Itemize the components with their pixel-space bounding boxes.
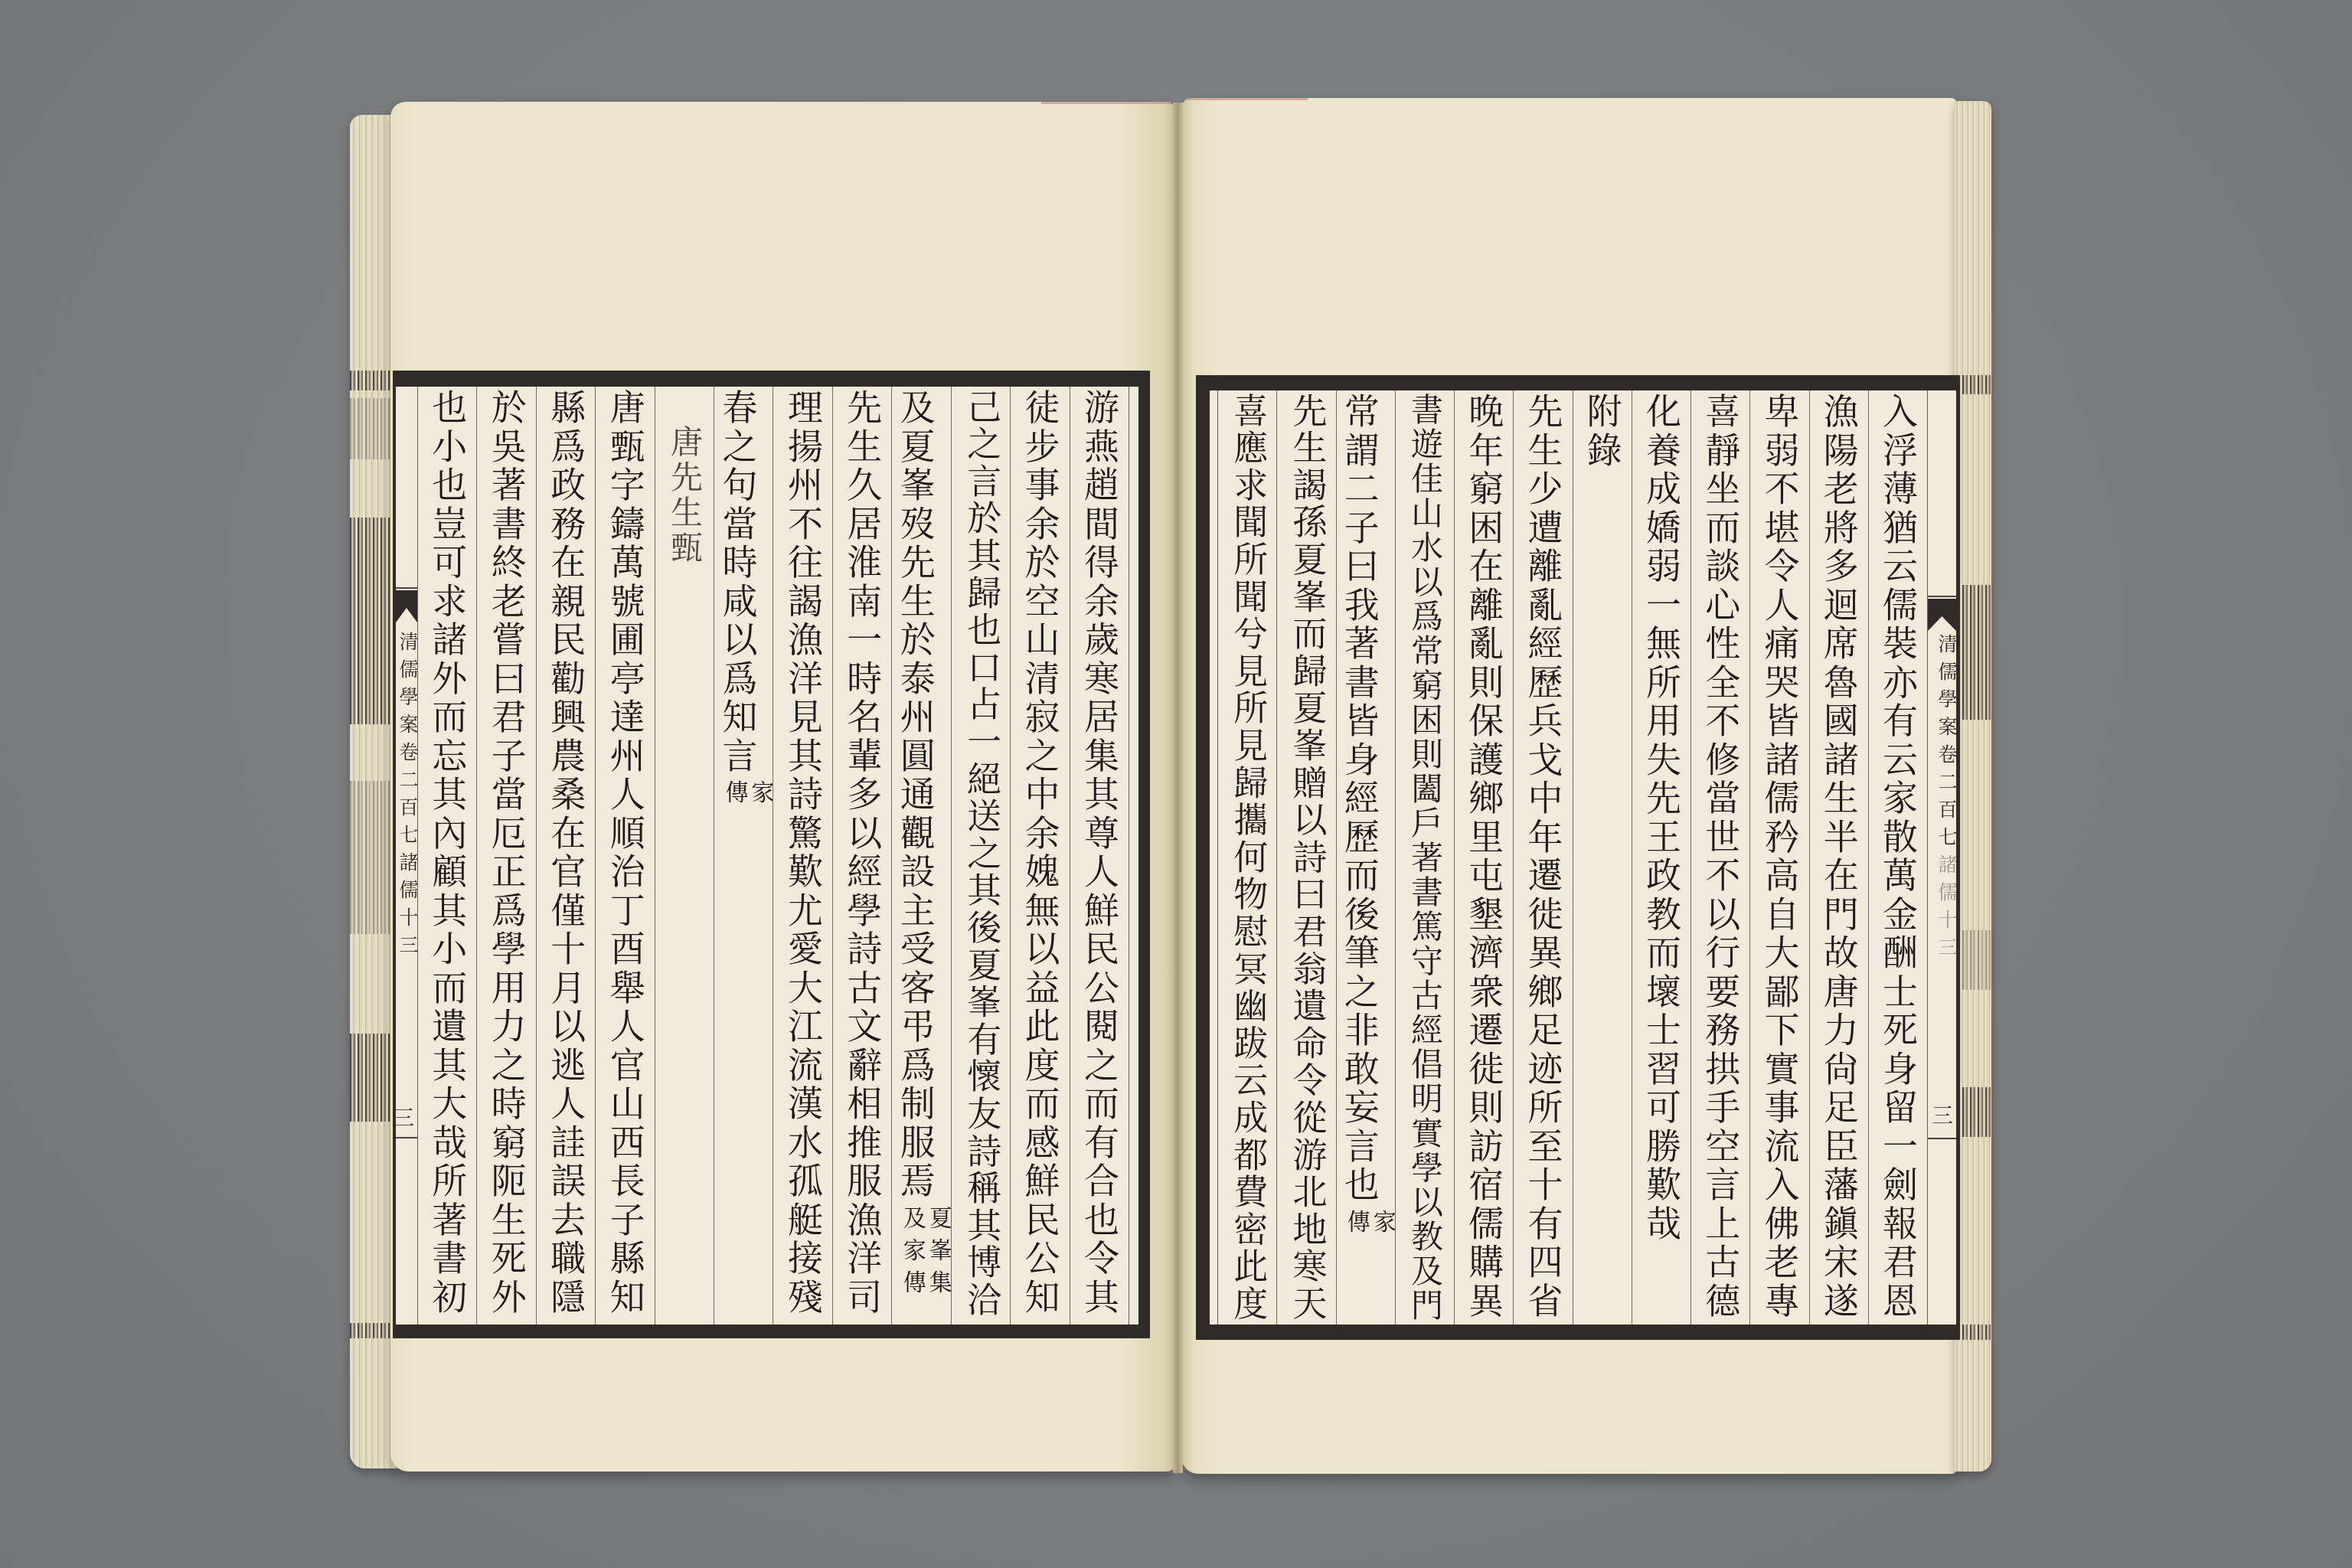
column-text: 唐甄字鑄萬號圃亭達州人順治丁酉舉人官山西長子縣知 <box>605 389 646 1317</box>
banxin-title: 清儒學案卷二百七諸儒十三 <box>1928 634 1956 965</box>
column-text: 己之言於其歸也口占一絕送之其後夏峯有懷友詩稱其博洽 <box>961 389 1001 1319</box>
red-top-edge <box>1041 102 1171 104</box>
text-columns: 入浮薄猶云儒裝亦有云家散萬金酬士死身留一劍報君恩 漁陽老將多迴席魯國諸生半在門故… <box>1217 390 1928 1325</box>
gutter-fold <box>1173 103 1183 1473</box>
column-text: 理揚州不往謁漁洋見其詩驚歎尤愛大江流漢水孤艇接殘 <box>782 389 824 1317</box>
banxin-rule <box>396 587 417 589</box>
fishtail-ornament <box>396 590 417 622</box>
banxin-margin: 清儒學案卷二百七諸儒十三 三 <box>396 387 417 1325</box>
column-text: 徒步事余於空山清寂之中余媿無以益此度而感鮮民公知 <box>1020 389 1061 1317</box>
stack-ink-band <box>1955 375 1991 394</box>
text-column: 漁陽老將多迴席魯國諸生半在門故唐力尙足臣藩鎭宋遂 <box>1809 390 1868 1325</box>
left-page-text-frame: 清儒學案卷二百七諸儒十三 三 游燕趙間得余歲寒居集其尊人鮮民公閱之而有合也令其 … <box>393 371 1150 1338</box>
heading-column: 唐先生甄 <box>655 387 714 1325</box>
column-text: 也小也豈可求諸外而忘其內顧其小而遺其大哉所著書初 <box>426 389 468 1317</box>
section-heading: 唐先生甄 <box>666 425 704 566</box>
interlinear-note: 夏峯集及家傳 <box>899 1206 951 1302</box>
frame-border-left <box>1196 375 1210 1340</box>
text-column: 徒步事余於空山清寂之中余媿無以益此度而感鮮民公知 <box>1010 387 1069 1325</box>
column-text: 漁陽老將多迴席魯國諸生半在門故唐力尙足臣藩鎭宋遂 <box>1818 393 1860 1321</box>
section-heading: 附錄 <box>1582 393 1623 470</box>
column-text: 春之句當時咸以爲知言 <box>717 389 758 776</box>
column-text: 先生少遭離亂經歷兵戈中年遷徙異鄉足迹所至十有四省 <box>1523 393 1564 1321</box>
right-page-text-frame: 入浮薄猶云儒裝亦有云家散萬金酬士死身留一劍報君恩 漁陽老將多迴席魯國諸生半在門故… <box>1196 375 1960 1340</box>
text-column: 游燕趙間得余歲寒居集其尊人鮮民公閱之而有合也令其 <box>1070 387 1129 1325</box>
banxin-title: 清儒學案卷二百七諸儒十三 <box>396 632 417 962</box>
stack-ink-band <box>1955 930 1991 990</box>
page-number: 三 <box>396 1106 417 1128</box>
text-columns: 游燕趙間得余歲寒居集其尊人鮮民公閱之而有合也令其 徒步事余於空山清寂之中余媿無以… <box>417 387 1129 1325</box>
note-line: 夏峯集 <box>925 1206 951 1302</box>
fishtail-ornament <box>1928 599 1956 631</box>
banxin-rule <box>1928 596 1956 597</box>
banxin-rule <box>396 1137 417 1138</box>
frame-border-bottom <box>1196 1325 1960 1340</box>
text-column: 縣爲政務在親民勸興農桑在官僅十月以逃人詿誤去職隱 <box>536 387 595 1325</box>
banxin-margin: 清儒學案卷二百七諸儒十三 三 <box>1928 390 1956 1325</box>
column-text: 卑弱不堪令人痛哭皆諸儒矜高自大鄙下實事流入佛老專 <box>1759 393 1801 1321</box>
text-column: 卑弱不堪令人痛哭皆諸儒矜高自大鄙下實事流入佛老專 <box>1749 390 1808 1325</box>
text-column: 己之言於其歸也口占一絕送之其後夏峯有懷友詩稱其博洽 <box>951 387 1010 1325</box>
text-column: 化養成嬌弱一無所用失先王政教而壞士習可勝歎哉 <box>1632 390 1690 1325</box>
interlinear-note: 家傳 <box>1343 1210 1395 1242</box>
text-column: 喜應求聞所聞兮見所見歸攜何物慰冥幽跋云成都費密此度 <box>1218 390 1276 1325</box>
text-column: 也小也豈可求諸外而忘其內顧其小而遺其大哉所著書初 <box>418 387 476 1325</box>
text-column: 唐甄字鑄萬號圃亭達州人順治丁酉舉人官山西長子縣知 <box>595 387 654 1325</box>
text-column: 春之句當時咸以爲知言家傳 <box>714 387 773 1325</box>
column-text: 先生久居淮南一時名輩多以經學詩古文辭相推服漁洋司 <box>841 389 883 1317</box>
frame-border-top <box>1196 375 1960 390</box>
note-line: 家 <box>1369 1210 1395 1242</box>
right-page-stack-edge <box>1955 101 1991 1472</box>
frame-border-bottom <box>393 1325 1150 1338</box>
text-column: 常謂二子曰我著書皆身經歷而後筆之非敢妄言也家傳 <box>1336 390 1395 1325</box>
text-column: 理揚州不往謁漁洋見其詩驚歎尤愛大江流漢水孤艇接殘 <box>773 387 831 1325</box>
banxin-book-title: 清儒學案卷二百七 <box>396 632 417 852</box>
page-number: 三 <box>1928 1104 1956 1125</box>
frame-border-right <box>1138 371 1150 1338</box>
column-text: 及夏峯歿先生於泰州圓通觀設主受客弔爲制服焉 <box>895 389 936 1201</box>
text-column: 入浮薄猶云儒裝亦有云家散萬金酬士死身留一劍報君恩 <box>1868 390 1927 1325</box>
column-text: 於吳著書終老嘗曰君子當厄正爲學用力之時窮阨生死外 <box>486 389 528 1317</box>
text-column: 先生久居淮南一時名輩多以經學詩古文辭相推服漁洋司 <box>832 387 891 1325</box>
text-column: 於吳著書終老嘗曰君子當厄正爲學用力之時窮阨生死外 <box>476 387 535 1325</box>
note-line: 家 <box>746 780 773 812</box>
stack-ink-band <box>1955 1325 1991 1340</box>
note-line: 傳 <box>720 780 746 812</box>
stack-ink-band <box>1955 1087 1991 1137</box>
column-text: 常謂二子曰我著書皆身經歷而後筆之非敢妄言也 <box>1339 393 1380 1205</box>
banxin-section: 諸儒十三 <box>396 852 417 962</box>
column-text: 喜應求聞所聞兮見所見歸攜何物慰冥幽跋云成都費密此度 <box>1227 393 1268 1323</box>
column-text: 縣爲政務在親民勸興農桑在官僅十月以逃人詿誤去職隱 <box>545 389 586 1317</box>
column-text: 晚年窮困在離亂則保護鄉里屯墾濟衆遷徙則訪宿儒購異 <box>1463 393 1504 1321</box>
banxin-section: 諸儒十三 <box>1928 854 1956 965</box>
text-column: 書遊佳山水以爲常窮困則闔戶著書篤守古經倡明實學以教及門 <box>1395 390 1454 1325</box>
column-text: 入浮薄猶云儒裝亦有云家散萬金酬士死身留一劍報君恩 <box>1877 393 1919 1321</box>
text-column: 喜靜坐而談心性全不修當世不以行要務拱手空言上古德 <box>1690 390 1749 1325</box>
banxin-book-title: 清儒學案卷二百七 <box>1928 634 1956 854</box>
red-top-edge <box>1185 98 1308 100</box>
column-text: 化養成嬌弱一無所用失先王政教而壞士習可勝歎哉 <box>1641 393 1682 1243</box>
text-column: 及夏峯歿先生於泰州圓通觀設主受客弔爲制服焉夏峯集及家傳 <box>891 387 950 1325</box>
text-column: 先生謁孫夏峯而歸夏峯贈以詩曰君翁遺命令從游北地寒天 <box>1276 390 1335 1325</box>
interlinear-note: 家傳 <box>720 780 773 812</box>
column-text: 游燕趙間得余歲寒居集其尊人鮮民公閱之而有合也令其 <box>1079 389 1120 1317</box>
note-line: 及家傳 <box>899 1206 925 1302</box>
section-heading-column: 附錄 <box>1573 390 1632 1325</box>
frame-border-top <box>393 371 1150 387</box>
column-text: 喜靜坐而談心性全不修當世不以行要務拱手空言上古德 <box>1700 393 1741 1321</box>
banxin-rule <box>1928 1138 1956 1139</box>
note-line: 傳 <box>1343 1210 1369 1242</box>
text-column: 晚年窮困在離亂則保護鄉里屯墾濟衆遷徙則訪宿儒購異 <box>1454 390 1513 1325</box>
stack-ink-band <box>1955 585 1991 720</box>
column-text: 書遊佳山水以爲常窮困則闔戶著書篤守古經倡明實學以教及門 <box>1406 393 1444 1323</box>
text-column: 先生少遭離亂經歷兵戈中年遷徙異鄉足迹所至十有四省 <box>1513 390 1572 1325</box>
column-text: 先生謁孫夏峯而歸夏峯贈以詩曰君翁遺命令從游北地寒天 <box>1287 393 1328 1323</box>
